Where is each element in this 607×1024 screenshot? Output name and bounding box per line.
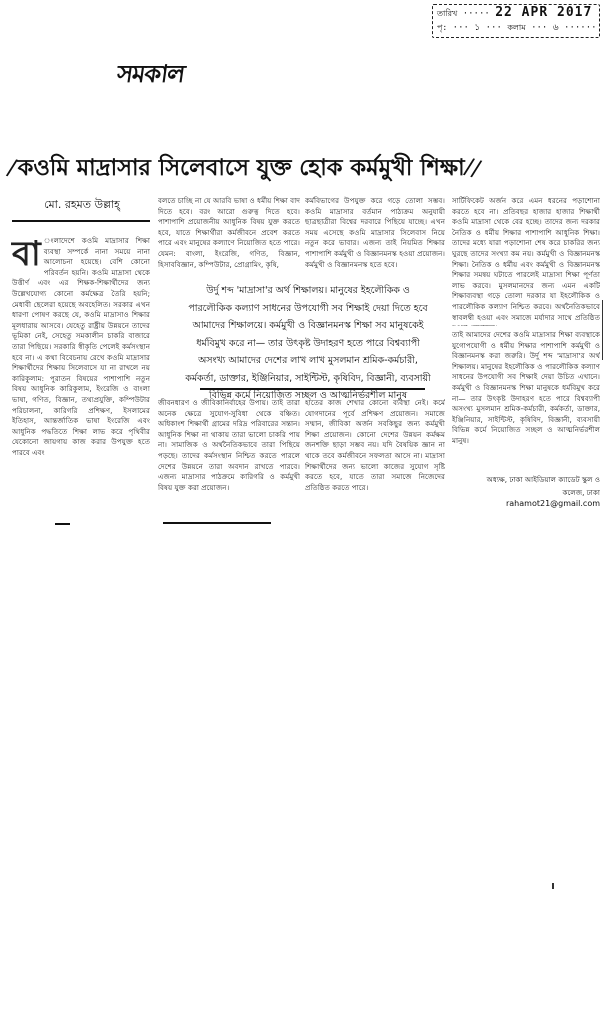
pull-quote-line: অসংখ্য আমাদের দেশের লাখ লাখ মুসলমান শ্রম… — [158, 352, 458, 370]
author-title-line-1: অধ্যক্ষ, ঢাকা আইডিয়াল ক্যাডেট স্কুল ও — [452, 474, 600, 485]
headline-text: কওমি মাদ্রাসার সিলেবাসে যুক্ত হোক কর্মমু… — [18, 155, 465, 181]
pull-quote-divider — [200, 388, 425, 390]
archive-date-stamp: তারিখ ····· 22 APR 2017 পৃ: ··· ১ ··· কল… — [432, 4, 600, 38]
article-headline: /কওমি মাদ্রাসার সিলেবাসে যুক্ত হোক কর্মম… — [8, 150, 603, 186]
article-column-2-top: বলতে চাচ্ছি না যে আরবি ভাষা ও ধর্মীয় শি… — [158, 196, 300, 276]
stamp-column-value: ৬ — [553, 23, 559, 33]
article-column-4-bottom: তাই আমাদের দেশের কওমি মাদ্রাসার শিক্ষা ব… — [452, 330, 600, 470]
article-column-3-bottom: হাতের কাজ শেখার কোনো ব্যবস্থা নেই। কর্মে… — [305, 398, 445, 510]
stamp-date-label: তারিখ — [437, 9, 457, 18]
pull-quote-line: উর্দু শব্দ 'মাদ্রাসা'র অর্থ শিক্ষালয়। ম… — [158, 282, 458, 300]
column-4-text: সার্টিফিকেট অর্জন করে এমন ধরনের পড়াশোনা… — [452, 196, 600, 326]
pull-quote-line: পারলৌকিক কল্যাণ সাধনের উপযোগী সব শিক্ষাই… — [158, 300, 458, 318]
scan-speck — [552, 883, 554, 889]
column-2-text: বলতে চাচ্ছি না যে আরবি ভাষা ও ধর্মীয় শি… — [158, 196, 300, 270]
newspaper-masthead: সমকাল — [114, 56, 186, 96]
byline-divider — [12, 220, 150, 222]
scan-edge-mark — [602, 300, 603, 360]
author-email: rahamot21@gmail.com — [452, 499, 600, 508]
pull-quote-line: কর্মকর্তা, ডাক্তার, ইঞ্জিনিয়ার, সাইন্টি… — [158, 370, 458, 388]
column-3-text: কর্মবিভাগের উপযুক্ত করে গড়ে তোলা সম্ভব।… — [305, 196, 445, 270]
article-column-3-top: কর্মবিভাগের উপযুক্ত করে গড়ে তোলা সম্ভব।… — [305, 196, 445, 276]
article-column-2-bottom: জীবনধারণ ও জীবিকানির্বাহের উপায়। তাই তা… — [158, 398, 300, 510]
stamp-page-label: পৃ: — [437, 23, 447, 32]
stamp-column-label: কলাম — [507, 23, 525, 32]
column-2b-text: জীবনধারণ ও জীবিকানির্বাহের উপায়। তাই তা… — [158, 398, 300, 493]
article-column-1: বা ংলাদেশে কওমি মাদ্রাসার শিক্ষা ব্যবস্থ… — [12, 236, 150, 522]
drop-cap: বা — [12, 238, 41, 270]
article-column-4-top: সার্টিফিকেট অর্জন করে এমন ধরনের পড়াশোনা… — [452, 196, 600, 326]
stamp-page-row: পৃ: ··· ১ ··· কলাম ··· ৬ ······ — [437, 21, 595, 35]
column-end-divider — [55, 523, 70, 525]
stamp-page-value: ১ — [474, 23, 480, 33]
article-byline: মো. রহমত উল্লাহ্ — [22, 196, 142, 215]
pull-quote-line: আমাদের শিক্ষালয়ে। কর্মমুখী ও বিজ্ঞানমনস… — [158, 317, 458, 335]
pull-quote-line: ধর্মবিমুখ করে না— তার উৎকৃষ্ট উদাহরণ হতে… — [158, 335, 458, 353]
pull-quote: উর্দু শব্দ 'মাদ্রাসা'র অর্থ শিক্ষালয়। ম… — [158, 282, 458, 405]
author-title-line-2: কলেজ, ঢাকা — [452, 487, 600, 498]
column-4-lower-text: তাই আমাদের দেশের কওমি মাদ্রাসার শিক্ষা ব… — [452, 330, 600, 447]
stamp-date-value: 22 APR 2017 — [495, 5, 592, 20]
stamp-date-row: তারিখ ····· 22 APR 2017 — [437, 6, 595, 21]
column-3b-text: হাতের কাজ শেখার কোনো ব্যবস্থা নেই। কর্মে… — [305, 398, 445, 493]
column-2-end-divider — [163, 522, 271, 524]
author-signoff: অধ্যক্ষ, ঢাকা আইডিয়াল ক্যাডেট স্কুল ও ক… — [452, 472, 600, 508]
